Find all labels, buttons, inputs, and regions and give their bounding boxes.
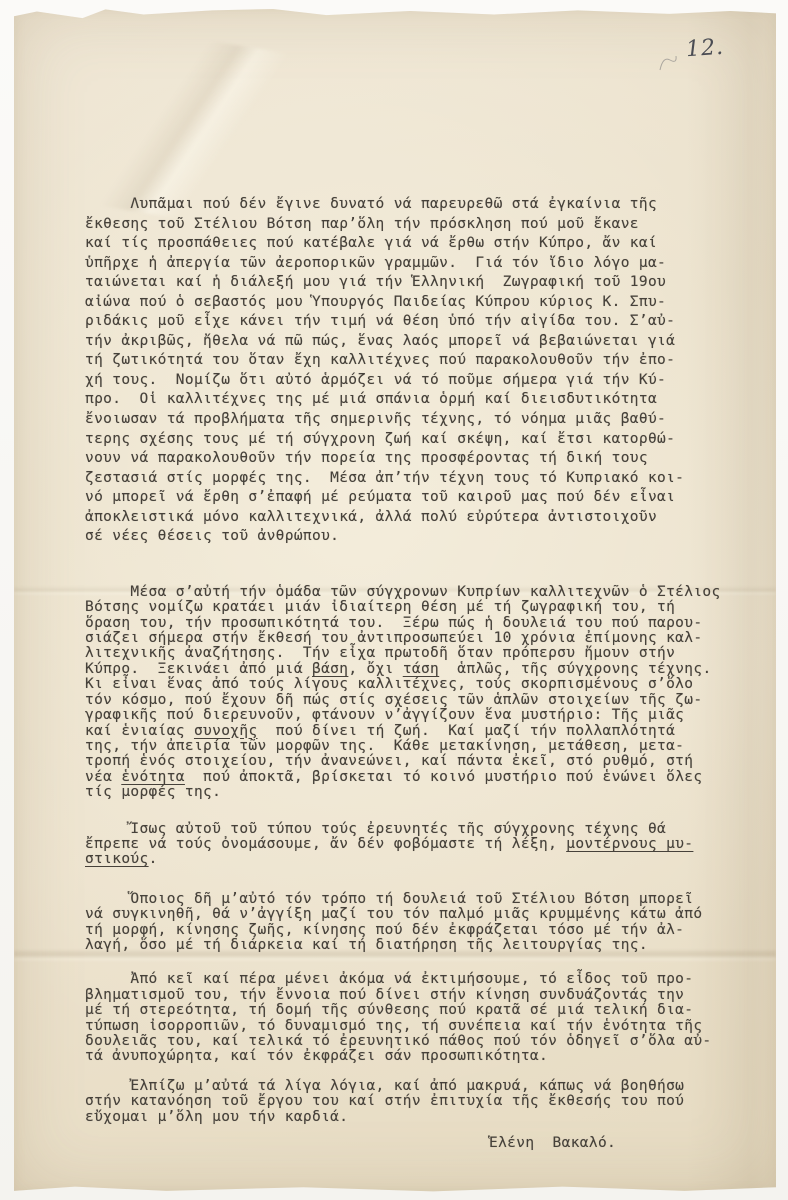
paper-sheet: 12. Λυπᾶμαι πού δέν ἔγινε δυνατό νά παρε… bbox=[14, 8, 776, 1192]
text-segment: ἁπλῶς, τῆς σύγχρονης τέχνης. bbox=[439, 661, 711, 677]
text-segment: ἀποκλειστικά μόνο καλλιτεχνικά, ἀλλά πολ… bbox=[85, 509, 657, 525]
text-line: ὅραση του, τήν προσωπικότητά του. Ξέρω π… bbox=[85, 616, 745, 631]
text-segment: μέ τή στερεότητα, τή δομή τῆς σύνθεσης π… bbox=[85, 1002, 693, 1018]
text-line: καί τίς προσπάθειες πού κατέβαλε γιά νά … bbox=[85, 234, 745, 254]
text-line: τροπή ἑνός στοιχείου, τήν ἀνανεώνει, καί… bbox=[85, 754, 745, 769]
document-body: Λυπᾶμαι πού δέν ἔγινε δυνατό νά παρευρεθ… bbox=[85, 147, 745, 1153]
text-segment: στήν κατανόηση τοῦ ἔργου του καί στήν ἐπ… bbox=[85, 1093, 684, 1109]
text-line: τά ἀνυποχώρητα, καί τόν ἐκφράζει σάν προ… bbox=[85, 1049, 745, 1064]
text-segment: καί τίς προσπάθειες πού κατέβαλε γιά νά … bbox=[85, 235, 657, 251]
text-line: Ἀπό κεῖ καί πέρα μένει ἀκόμα νά ἐκτιμήσο… bbox=[85, 972, 745, 987]
text-segment: ριδάκις μοῦ εἶχε κάνει τήν τιμή νά θέση … bbox=[85, 313, 675, 329]
text-segment: Ὅποιος δῆ μ’αὐτό τόν τρόπο τή δουλειά το… bbox=[85, 891, 693, 907]
text-segment: χή τους. Νομίζω ὅτι αὐτό ἁρμόζει νά τό π… bbox=[85, 372, 666, 388]
text-segment: Ἐλπίζω μ’αὐτά τά λίγα λόγια, καί ἀπό μακ… bbox=[85, 1078, 684, 1094]
text-segment: προ. Οἱ καλλιτέχνες της μέ μιά σπάνια ὁρ… bbox=[85, 391, 657, 407]
text-segment: ζεστασιά στίς μορφές της. Μέσα ἀπ’τήν τέ… bbox=[85, 470, 684, 486]
scanned-page: 12. Λυπᾶμαι πού δέν ἔγινε δυνατό νά παρε… bbox=[0, 0, 788, 1200]
text-segment: νέα bbox=[85, 769, 121, 785]
text-line: τή μορφή, κίνησης ζωῆς, κίνησης πού δέν … bbox=[85, 923, 745, 938]
text-segment: πού δίνει τή ζωή. Καί μαζί τήν πολλαπλότ… bbox=[258, 723, 676, 739]
underlined-text: τάση bbox=[403, 661, 439, 677]
text-line: λαγή, ὅσο μέ τή διάρκεια καί τή διατήρησ… bbox=[85, 938, 745, 953]
text-segment: ὅραση του, τήν προσωπικότητά του. Ξέρω π… bbox=[85, 615, 702, 631]
text-line: ἔκθεσης τοῦ Στέλιου Βότση παρ’ὅλη τήν πρ… bbox=[85, 215, 745, 235]
text-line: νά συγκινηθῆ, θά ν’ἀγγίξη μαζί του τόν π… bbox=[85, 907, 745, 922]
text-segment: Λυπᾶμαι πού δέν ἔγινε δυνατό νά παρευρεθ… bbox=[85, 196, 657, 212]
text-line: ὑπῆρχε ἡ ἀπεργία τῶν ἀεροπορικῶν γραμμῶν… bbox=[85, 254, 745, 274]
text-line: Κι εἶναι ἕνας ἀπό τούς λίγους καλλιτέχνε… bbox=[85, 677, 745, 692]
text-segment: της, τήν ἀπειρία τῶν μορφῶν της. Κάθε με… bbox=[85, 738, 684, 754]
text-line: γραφικῆς πού διερευνοῦν, φτάνουν ν’ἀγγίζ… bbox=[85, 708, 745, 723]
text-segment: λαγή, ὅσο μέ τή διάρκεια καί τή διατήρησ… bbox=[85, 937, 648, 953]
text-segment: τύπωση ἰσορροπιῶν, τό δυναμισμό της, τή … bbox=[85, 1018, 702, 1034]
text-line: Μέσα σ’αὐτή τήν ὁμάδα τῶν σύγχρονων Κυπρ… bbox=[85, 585, 745, 600]
text-line: στικούς. bbox=[85, 852, 745, 867]
text-segment: ἔπρεπε νά τούς ὀνομάσουμε, ἄν δέν φοβόμα… bbox=[85, 836, 566, 852]
text-line: αἰώνα πού ὁ σεβαστός μου Ὑπουργός Παιδεί… bbox=[85, 293, 745, 313]
text-segment: Βότσης νομίζω κρατάει μιάν ἰδιαίτερη θέσ… bbox=[85, 599, 675, 615]
text-line: λιτεχνικῆς ἀναζήτησης. Τήν εἶχα πρωτοδῆ … bbox=[85, 646, 745, 661]
paragraph: Ἀπό κεῖ καί πέρα μένει ἀκόμα νά ἐκτιμήσο… bbox=[85, 972, 745, 1064]
text-line: Κύπρο. Ξεκινάει ἀπό μιά βάση, ὄχι τάση ἁ… bbox=[85, 662, 745, 677]
text-line: Βότσης νομίζω κρατάει μιάν ἰδιαίτερη θέσ… bbox=[85, 600, 745, 615]
text-segment: Ἀπό κεῖ καί πέρα μένει ἀκόμα νά ἐκτιμήσο… bbox=[85, 971, 693, 987]
page-number: 12. bbox=[685, 35, 725, 63]
text-segment: πού ἀποκτᾶ, βρίσκεται τό κοινό μυστήριο … bbox=[185, 769, 703, 785]
text-line: ριδάκις μοῦ εἶχε κάνει τήν τιμή νά θέση … bbox=[85, 312, 745, 332]
text-line: ἔπρεπε νά τούς ὀνομάσουμε, ἄν δέν φοβόμα… bbox=[85, 837, 745, 852]
text-line: ταιώνεται καί ἡ διάλεξή μου γιά τήν Ἑλλη… bbox=[85, 273, 745, 293]
text-segment: τή μορφή, κίνησης ζωῆς, κίνησης πού δέν … bbox=[85, 922, 684, 938]
text-segment: ὑπῆρχε ἡ ἀπεργία τῶν ἀεροπορικῶν γραμμῶν… bbox=[85, 255, 666, 271]
text-line: Ἴσως αὐτοῦ τοῦ τύπου τούς ἐρευνητές τῆς … bbox=[85, 822, 745, 837]
text-segment: Κύπρο. Ξεκινάει ἀπό μιά bbox=[85, 661, 312, 677]
text-segment: τίς μορφές της. bbox=[85, 784, 221, 800]
text-segment: λιτεχνικῆς ἀναζήτησης. Τήν εἶχα πρωτοδῆ … bbox=[85, 645, 675, 661]
text-segment: αἰώνα πού ὁ σεβαστός μου Ὑπουργός Παιδεί… bbox=[85, 294, 666, 310]
text-line: σέ νέες θέσεις τοῦ ἀνθρώπου. bbox=[85, 527, 745, 547]
text-line: τόν κόσμο, πού ἔχουν δῆ πώς στίς σχέσεις… bbox=[85, 693, 745, 708]
paragraph: Μέσα σ’αὐτή τήν ὁμάδα τῶν σύγχρονων Κυπρ… bbox=[85, 585, 745, 801]
underlined-text: μοντέρνους μυ- bbox=[566, 836, 693, 852]
text-segment: γραφικῆς πού διερευνοῦν, φτάνουν ν’ἀγγίζ… bbox=[85, 707, 684, 723]
text-segment: τήν ἀκριβῶς, ἤθελα νά πῶ πώς, ἕνας λαός … bbox=[85, 333, 675, 349]
text-line: νό μπορεῖ νά ἔρθη σ’ἐπαφή μέ ρεύματα τοῦ… bbox=[85, 488, 745, 508]
text-line: τερης σχέσης τους μέ τή σύγχρονη ζωή καί… bbox=[85, 430, 745, 450]
text-line: νουν νά παρακολουθοῦν τήν πορεία της προ… bbox=[85, 449, 745, 469]
text-line: Λυπᾶμαι πού δέν ἔγινε δυνατό νά παρευρεθ… bbox=[85, 195, 745, 215]
text-segment: τόν κόσμο, πού ἔχουν δῆ πώς στίς σχέσεις… bbox=[85, 692, 702, 708]
text-line: Ἐλπίζω μ’αὐτά τά λίγα λόγια, καί ἀπό μακ… bbox=[85, 1079, 745, 1094]
text-segment: . bbox=[149, 851, 158, 867]
text-line: ἔνοιωσαν τά προβλήματα τῆς σημερινῆς τέχ… bbox=[85, 410, 745, 430]
paragraph: Ἐλπίζω μ’αὐτά τά λίγα λόγια, καί ἀπό μακ… bbox=[85, 1079, 745, 1125]
text-segment: νά συγκινηθῆ, θά ν’ἀγγίξη μαζί του τόν π… bbox=[85, 906, 702, 922]
text-segment: τή ζωτικότητά του ὅταν ἔχη καλλιτέχνες π… bbox=[85, 352, 675, 368]
text-segment: νό μπορεῖ νά ἔρθη σ’ἐπαφή μέ ρεύματα τοῦ… bbox=[85, 489, 675, 505]
text-segment: εὔχομαι μ’ὅλη μου τήν καρδιά. bbox=[85, 1109, 348, 1125]
text-line: της, τήν ἀπειρία τῶν μορφῶν της. Κάθε με… bbox=[85, 739, 745, 754]
text-line: ζεστασιά στίς μορφές της. Μέσα ἀπ’τήν τέ… bbox=[85, 469, 745, 489]
text-segment: Ἴσως αὐτοῦ τοῦ τύπου τούς ἐρευνητές τῆς … bbox=[85, 821, 666, 837]
text-segment: Κι εἶναι ἕνας ἀπό τούς λίγους καλλιτέχνε… bbox=[85, 676, 693, 692]
text-segment: ταιώνεται καί ἡ διάλεξή μου γιά τήν Ἑλλη… bbox=[85, 274, 666, 290]
text-segment: καί ἑνιαίας bbox=[85, 723, 194, 739]
text-line: ἀποκλειστικά μόνο καλλιτεχνικά, ἀλλά πολ… bbox=[85, 508, 745, 528]
text-segment: σιάζει σήμερα στήν ἔκθεσή του ἀντιπροσωπ… bbox=[85, 630, 702, 646]
text-line: μέ τή στερεότητα, τή δομή τῆς σύνθεσης π… bbox=[85, 1003, 745, 1018]
underlined-text: στικούς bbox=[85, 851, 149, 867]
text-segment: σέ νέες θέσεις τοῦ ἀνθρώπου. bbox=[85, 528, 339, 544]
text-segment: ἔκθεσης τοῦ Στέλιου Βότση παρ’ὅλη τήν πρ… bbox=[85, 216, 639, 232]
text-line: τύπωση ἰσορροπιῶν, τό δυναμισμό της, τή … bbox=[85, 1019, 745, 1034]
text-segment: τερης σχέσης τους μέ τή σύγχρονη ζωή καί… bbox=[85, 431, 675, 447]
text-line: χή τους. Νομίζω ὅτι αὐτό ἁρμόζει νά τό π… bbox=[85, 371, 745, 391]
signature: Ἑλένη Βακαλό. bbox=[85, 1133, 745, 1153]
underlined-text: συνοχῆς bbox=[194, 723, 258, 739]
paragraph: Ὅποιος δῆ μ’αὐτό τόν τρόπο τή δουλειά το… bbox=[85, 892, 745, 954]
pencil-mark bbox=[658, 50, 678, 74]
text-line: βληματισμοῦ του, τήν ἔννοια πού δίνει στ… bbox=[85, 988, 745, 1003]
text-line: τήν ἀκριβῶς, ἤθελα νά πῶ πώς, ἕνας λαός … bbox=[85, 332, 745, 352]
text-line: Ὅποιος δῆ μ’αὐτό τόν τρόπο τή δουλειά το… bbox=[85, 892, 745, 907]
text-segment: Μέσα σ’αὐτή τήν ὁμάδα τῶν σύγχρονων Κυπρ… bbox=[85, 584, 721, 600]
text-line: τή ζωτικότητά του ὅταν ἔχη καλλιτέχνες π… bbox=[85, 351, 745, 371]
text-segment: ἔνοιωσαν τά προβλήματα τῆς σημερινῆς τέχ… bbox=[85, 411, 666, 427]
text-segment: τά ἀνυποχώρητα, καί τόν ἐκφράζει σάν προ… bbox=[85, 1048, 548, 1064]
text-segment: νουν νά παρακολουθοῦν τήν πορεία της προ… bbox=[85, 450, 648, 466]
text-segment: δουλειᾶς του, καί τελικά τό ἐρευνητικό π… bbox=[85, 1033, 712, 1049]
text-line: νέα ἑνότητα πού ἀποκτᾶ, βρίσκεται τό κοι… bbox=[85, 770, 745, 785]
underlined-text: ἑνότητα bbox=[121, 769, 185, 785]
text-line: εὔχομαι μ’ὅλη μου τήν καρδιά. bbox=[85, 1110, 745, 1125]
underlined-text: βάση bbox=[312, 661, 348, 677]
text-segment: βληματισμοῦ του, τήν ἔννοια πού δίνει στ… bbox=[85, 987, 684, 1003]
text-line: καί ἑνιαίας συνοχῆς πού δίνει τή ζωή. Κα… bbox=[85, 724, 745, 739]
text-line: τίς μορφές της. bbox=[85, 785, 745, 800]
text-line: προ. Οἱ καλλιτέχνες της μέ μιά σπάνια ὁρ… bbox=[85, 390, 745, 410]
text-segment: , ὄχι bbox=[348, 661, 402, 677]
text-segment: τροπή ἑνός στοιχείου, τήν ἀνανεώνει, καί… bbox=[85, 753, 693, 769]
paragraph: Λυπᾶμαι πού δέν ἔγινε δυνατό νά παρευρεθ… bbox=[85, 195, 745, 547]
paragraph: Ἴσως αὐτοῦ τοῦ τύπου τούς ἐρευνητές τῆς … bbox=[85, 822, 745, 868]
text-line: στήν κατανόηση τοῦ ἔργου του καί στήν ἐπ… bbox=[85, 1094, 745, 1109]
